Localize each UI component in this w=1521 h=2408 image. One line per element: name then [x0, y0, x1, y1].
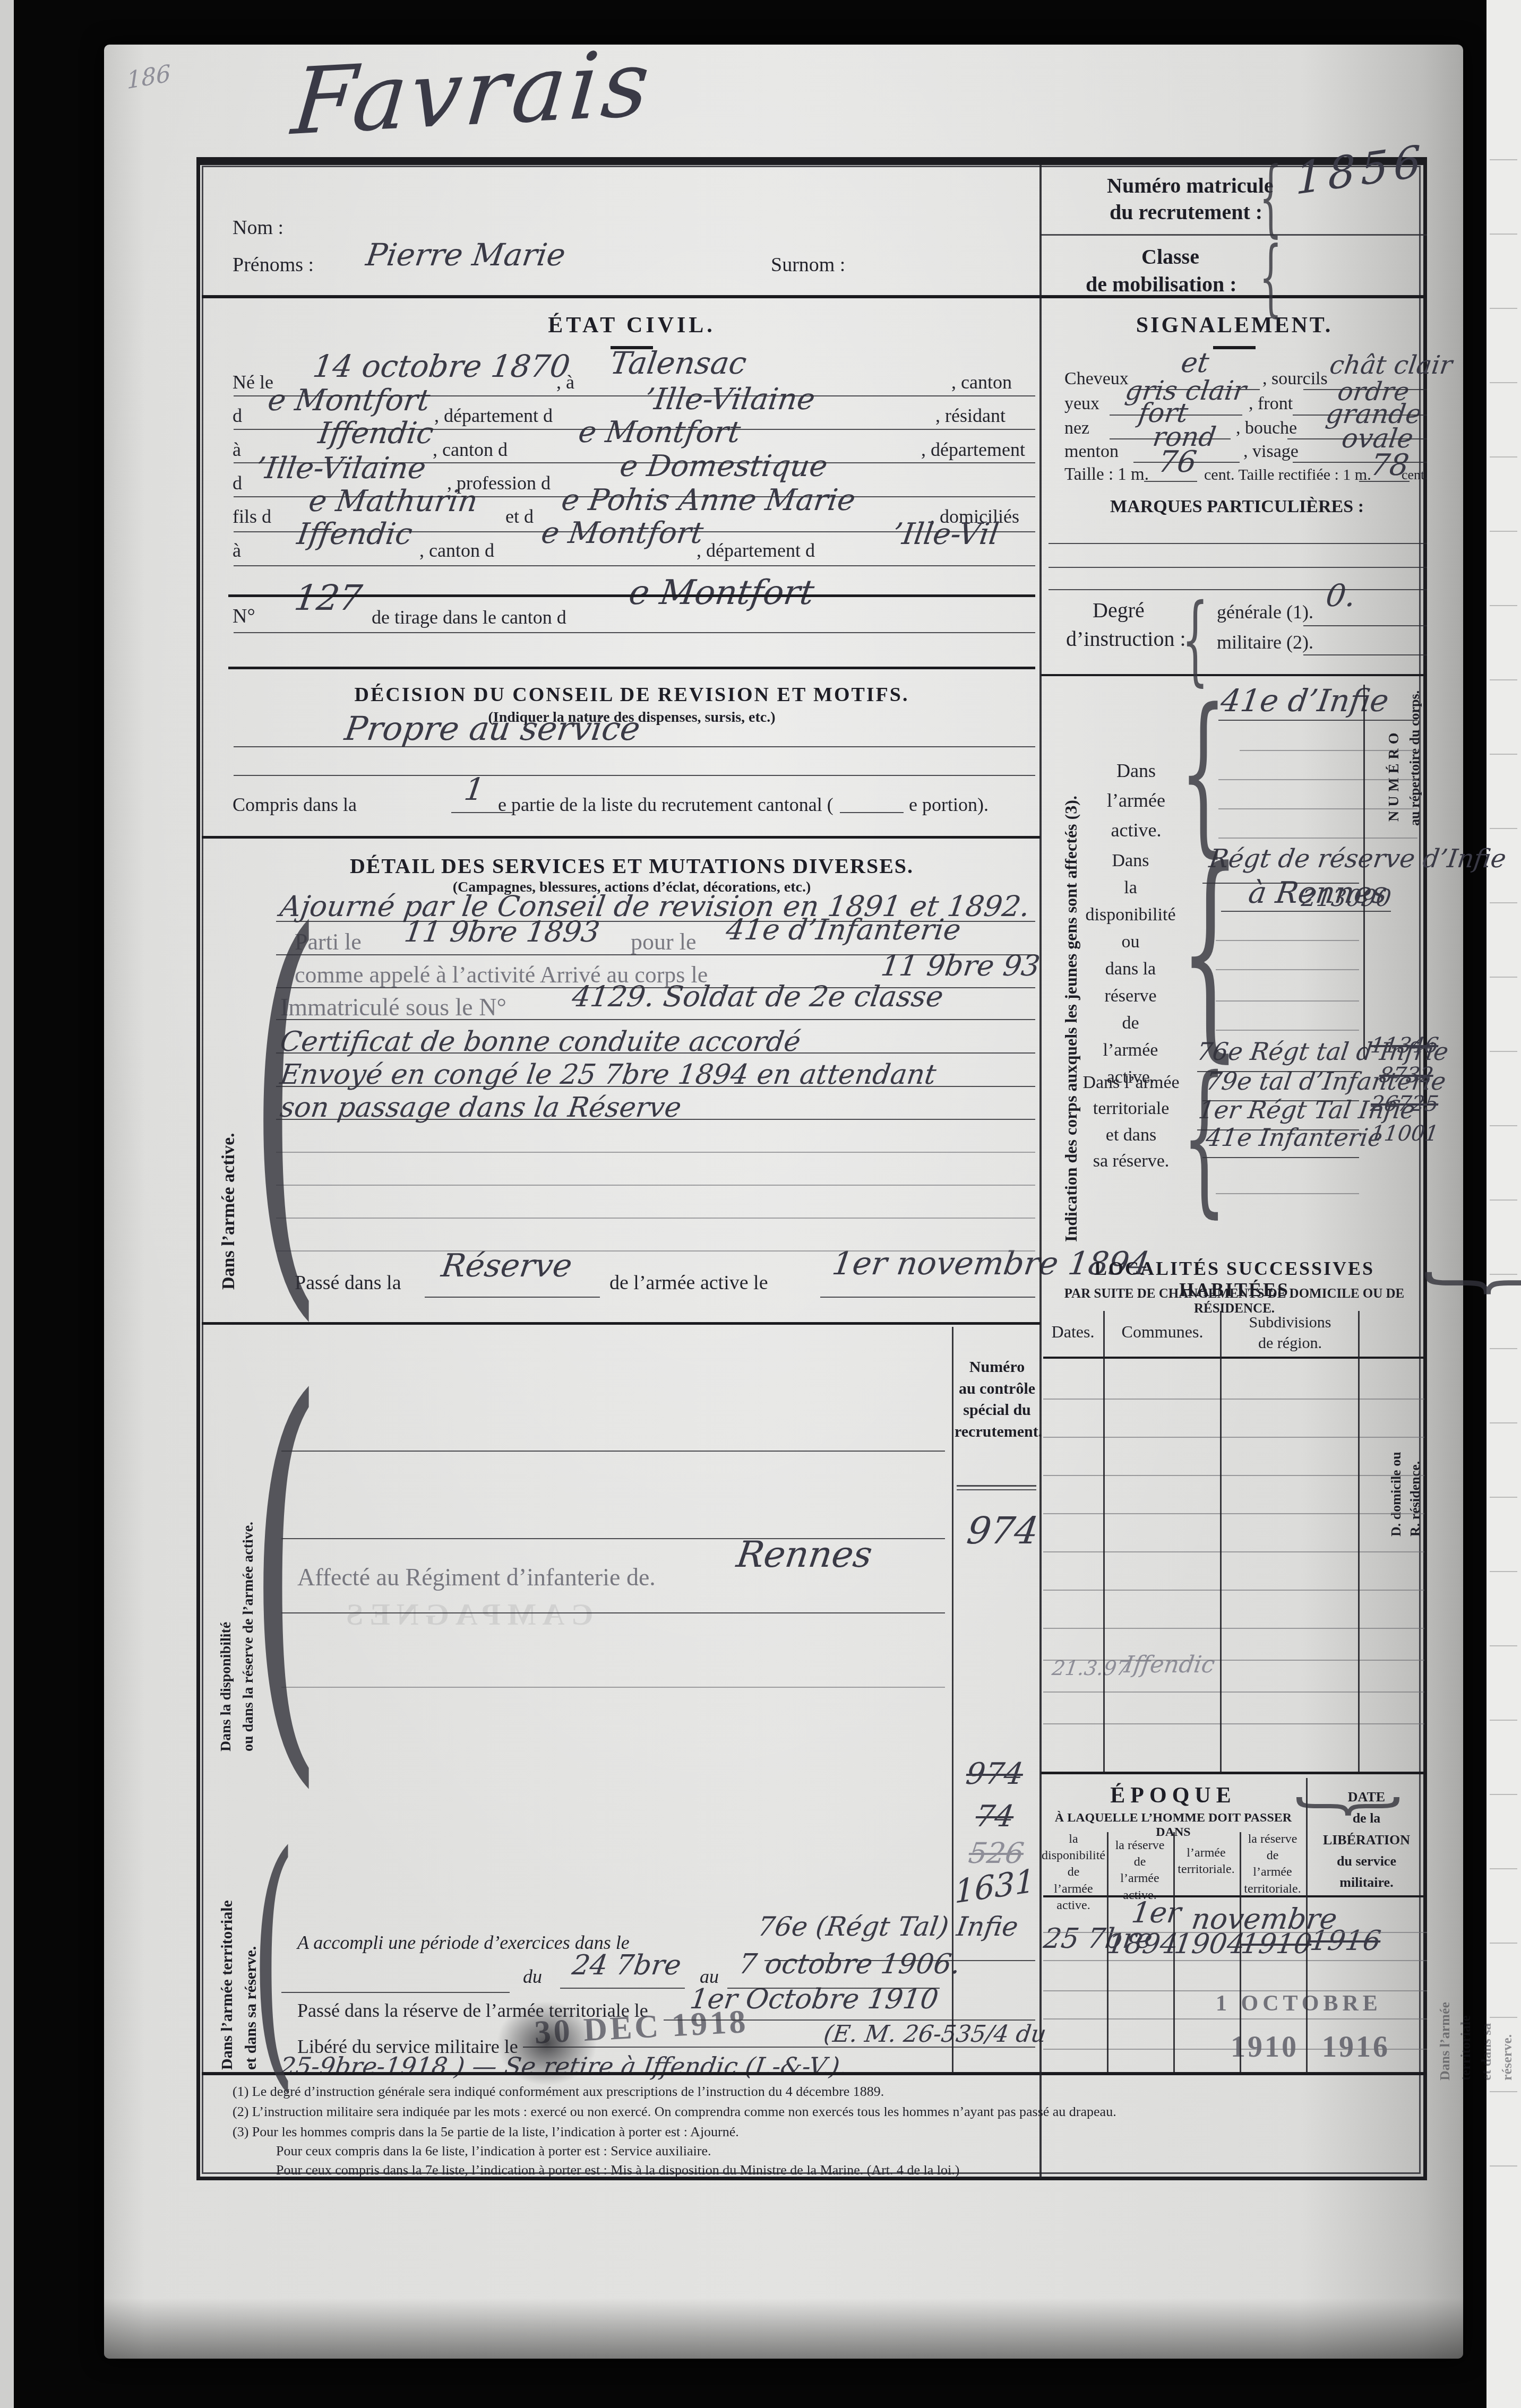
rule-line	[276, 1185, 1035, 1186]
services-margin-label: Dans l’armée active.	[219, 1133, 239, 1290]
territorial-section-l2-v1: 24 7bre	[570, 1950, 683, 1981]
signalement-marques-label: MARQUES PARTICULIÈRES :	[1049, 497, 1425, 517]
rule-line	[1218, 720, 1417, 721]
services-l2-d: 41e d’Infanterie	[724, 914, 963, 946]
etat-civil-tirage-label: de tirage dans le canton d	[372, 607, 566, 628]
rule-line	[1218, 808, 1417, 809]
paper-bottom-shadow	[104, 2298, 1463, 2359]
rule-line	[1043, 1399, 1424, 1400]
rule-line	[1293, 415, 1427, 416]
rule-line	[228, 667, 1035, 669]
rule-line	[1043, 1475, 1424, 1476]
rule-line	[1041, 1772, 1427, 1774]
territorial-section-l2-v2: 7 octobre 1906.	[737, 1949, 963, 1980]
header-prenoms-value: Pierre Marie	[364, 238, 568, 272]
etat-civil-l2-d: d	[233, 405, 242, 426]
etat-civil-l2-dep: ’Ille-Vilaine	[643, 383, 817, 417]
localites-col-subdiv: Subdivisions de région.	[1224, 1312, 1356, 1353]
etat-civil-l5-fils: fils d	[233, 506, 271, 527]
rule-line	[1287, 438, 1427, 439]
rule-line	[234, 531, 1035, 532]
rule-line	[234, 565, 1035, 566]
etat-civil-l4-d: d	[233, 472, 242, 494]
corps-dispo-num: 213090	[1300, 885, 1393, 911]
epoque-col1: la disponibilité de l’armée active.	[1042, 1831, 1105, 1914]
rule-line	[202, 1322, 1041, 1325]
rule-line	[1041, 674, 1427, 676]
brace-glyph: {	[1415, 1265, 1521, 1301]
rule-line	[1043, 1660, 1424, 1661]
rule-line	[1043, 1990, 1427, 1991]
etat-civil-a-label: , à	[556, 372, 574, 393]
header-matricule-label-1: Numéro matricule	[1107, 174, 1274, 198]
controle-header: Numéro au contrôle spécial du recrutemen…	[955, 1357, 1039, 1443]
rule-line	[1133, 462, 1240, 463]
etat-civil-tirage-no-label: N°	[233, 605, 255, 628]
corps-terr-3-num: 26725	[1369, 1092, 1440, 1116]
epoque-v3: 1904	[1172, 1929, 1247, 1960]
rule-line	[276, 921, 1035, 922]
epoque-v4: 1910	[1239, 1929, 1314, 1960]
adjacent-page-line	[1490, 1943, 1517, 1944]
document-ghost-text: CAMPAGNES	[340, 1598, 593, 1632]
adjacent-page-line	[1490, 1794, 1517, 1795]
territorial-section-l1-value: 76e (Régt Tal) Infie	[756, 1912, 1020, 1941]
rule-line	[820, 1297, 1035, 1298]
rule-line	[1110, 415, 1242, 416]
signalement-cheveux-label: Cheveux	[1064, 369, 1129, 389]
footnotes-f1: (1) Le degré d’instruction générale sera…	[233, 2084, 1411, 2099]
rule-line	[727, 1988, 940, 1989]
epoque-col3: l’armée territoriale.	[1174, 1845, 1238, 1878]
signalement-yeux-label: yeux	[1064, 394, 1099, 414]
etat-civil-lieu-naissance: Talensac	[608, 346, 749, 381]
services-passe-3: de l’armée active le	[609, 1272, 768, 1294]
brace-glyph: {	[1182, 1055, 1227, 1220]
decision-value: Propre au service	[342, 710, 642, 747]
rule-line	[1043, 1357, 1425, 1359]
adjacent-page-line	[1490, 382, 1517, 383]
corps-numero-label: NUMÉRO	[1386, 728, 1402, 822]
signalement-degre-1: Degré	[1093, 599, 1145, 623]
signalement-militaire-label: militaire (2).	[1217, 632, 1313, 653]
signalement-cheveux: et	[1179, 348, 1211, 378]
brace-glyph: {	[1180, 841, 1241, 1064]
rule-line	[1218, 779, 1417, 780]
etat-civil-title: ÉTAT CIVIL.	[228, 313, 1035, 338]
etat-civil-l6-canton-label: , canton d	[419, 540, 494, 561]
epoque-v2: 1894	[1105, 1929, 1180, 1960]
footnotes-f2: (2) L’instruction militaire sera indiqué…	[233, 2104, 1411, 2119]
footnotes-f4: Pour ceux compris dans la 6e liste, l’in…	[276, 2143, 1417, 2159]
services-title: DÉTAIL DES SERVICES ET MUTATIONS DIVERSE…	[228, 855, 1035, 878]
adjacent-page-line	[1490, 1199, 1517, 1201]
rule-line	[1043, 2049, 1427, 2050]
ink-smudge	[496, 2001, 597, 2086]
header-surnom-label: Surnom :	[771, 254, 845, 277]
rule-line	[1043, 1628, 1424, 1629]
rule-line	[523, 2047, 1035, 2048]
rule-line	[202, 295, 1427, 298]
corps-dispo-value: Régt de réserve d’Infie	[1207, 845, 1508, 874]
rule-line	[276, 1019, 1035, 1020]
adjacent-page-line	[1490, 159, 1517, 160]
signalement-sourcils: chât clair	[1328, 351, 1454, 380]
rule-line	[1218, 838, 1417, 839]
etat-civil-tirage-canton: e Montfort	[626, 574, 817, 612]
rule-line	[281, 1451, 945, 1452]
adjacent-page-line	[1490, 1645, 1517, 1646]
controle-n1: 974	[964, 1758, 1026, 1791]
rule-line	[1240, 1832, 1241, 2072]
rule-line	[957, 1489, 1036, 1490]
rule-line	[276, 1052, 1035, 1054]
rule-line	[1303, 654, 1427, 655]
document-signature: Favrais	[288, 32, 656, 154]
etat-civil-l6-commune: Iffendic	[295, 518, 415, 551]
rule-line	[1221, 911, 1391, 912]
epoque-col4: la réserve de l’armée territoriale.	[1241, 1831, 1304, 1897]
rule-line	[1043, 1437, 1424, 1438]
services-l2-c: pour le	[631, 929, 696, 955]
adjacent-page-line	[1490, 234, 1517, 235]
epoque-title: ÉPOQUE	[1041, 1783, 1306, 1808]
corps-terr-4: 41e Infanterie	[1204, 1124, 1384, 1152]
etat-civil-ne-le-value: 14 octobre 1870	[311, 349, 572, 384]
header-classe-label-2: de mobilisation :	[1086, 273, 1236, 297]
etat-civil-l2-residant: , résidant	[935, 405, 1006, 426]
adjacent-page-line	[1490, 902, 1517, 903]
rule-line	[1043, 1723, 1424, 1724]
signalement-bouche-label: , bouche	[1236, 418, 1297, 438]
rule-line	[1173, 1832, 1175, 2072]
etat-civil-l3-commune: Iffendic	[316, 417, 436, 451]
rule-line	[425, 1297, 600, 1298]
etat-civil-l6-dep: ’Ille-Vil	[891, 518, 1001, 551]
controle-n2: 74	[974, 1800, 1016, 1834]
adjacent-page-line	[1490, 308, 1517, 309]
scanned-register-page: 186FavraisNom :Prénoms :Pierre MarieSurn…	[0, 0, 1521, 2408]
rule-line	[234, 746, 1035, 747]
rule-line	[1359, 481, 1410, 482]
rule-line	[1293, 462, 1427, 463]
decision-title: DÉCISION DU CONSEIL DE REVISION ET MOTIF…	[228, 684, 1035, 706]
rule-line	[957, 1485, 1036, 1487]
footnotes-f3: (3) Pour les hommes compris dans la 5e p…	[233, 2124, 1411, 2139]
adjacent-page-line	[1490, 456, 1517, 458]
rule-line	[234, 632, 1035, 633]
rule-line	[1306, 1778, 1308, 2073]
rule-line	[1358, 1311, 1360, 1772]
rule-line	[1043, 1895, 1427, 1897]
corps-numero-label2: au répertoire du corps.	[1407, 691, 1422, 826]
etat-civil-ne-le: Né le	[233, 372, 273, 393]
rule-line	[276, 1152, 1035, 1153]
adjacent-page-line	[1490, 531, 1517, 532]
signalement-menton-label: menton	[1064, 442, 1119, 462]
signalement-generale-label: générale (1).	[1217, 601, 1313, 623]
rule-line	[952, 1327, 953, 2073]
etat-civil-l6-dep-label: , département d	[697, 540, 815, 561]
decision-compris-3: e portion).	[909, 794, 989, 815]
corps-terr-1-num: 11346	[1369, 1034, 1440, 1058]
corps-active-value: 41e d’Infie	[1218, 684, 1391, 718]
signalement-title: SIGNALEMENT.	[1043, 313, 1425, 338]
etat-civil-canton-label: , canton	[951, 372, 1012, 393]
rule-line	[281, 1612, 945, 1613]
signalement-generale: 0.	[1324, 579, 1357, 613]
brace-glyph: (	[251, 1820, 296, 2094]
rule-line	[1043, 1513, 1424, 1514]
adjacent-page-line	[1490, 605, 1517, 606]
rule-line	[1220, 1311, 1222, 1772]
rule-line	[281, 1992, 510, 1993]
dispo-section-affecte-value: Rennes	[734, 1535, 875, 1575]
signalement-cent-label: cent.	[1402, 467, 1428, 482]
corps-active-label: Dans l’armée active.	[1091, 756, 1181, 845]
rule-line	[234, 496, 1035, 497]
rule-line	[1240, 750, 1417, 751]
rule-line	[1049, 543, 1427, 544]
rule-line	[234, 462, 1035, 463]
corps-dispo-label: Dans la disponibilité ou dans la réserve…	[1079, 847, 1182, 1091]
rule-line	[228, 594, 1035, 597]
rule-line	[276, 987, 1035, 988]
etat-civil-l3-dep-label: , département	[921, 439, 1025, 460]
rule-line	[234, 429, 1035, 430]
brace-glyph: {	[1259, 156, 1282, 239]
adjacent-page-line	[1490, 1497, 1517, 1498]
adjacent-page-line	[1490, 679, 1517, 680]
rule-line	[276, 1119, 1035, 1120]
etat-civil-l6-a: à	[233, 540, 241, 561]
adjacent-page-line	[1490, 1125, 1517, 1126]
adjacent-page-line	[1490, 1348, 1517, 1349]
rule-line	[451, 812, 512, 813]
services-l4-b: 4129. Soldat de 2e classe	[570, 981, 946, 1013]
rule-line	[1039, 165, 1042, 2179]
controle-value: 974	[964, 1510, 1041, 1551]
rule-line	[281, 1538, 945, 1539]
signalement-nez-label: nez	[1064, 418, 1089, 438]
adjacent-page-line	[1490, 1051, 1517, 1052]
etat-civil-l4-dep: ’Ille-Vilaine	[254, 452, 428, 486]
rule-line	[202, 2072, 1427, 2075]
corps-terr-label: Dans l’armée territoriale et dans sa rés…	[1082, 1069, 1180, 1174]
adjacent-page-line	[1490, 1422, 1517, 1423]
decision-compris-2: e partie de la liste du recrutement cant…	[498, 794, 833, 815]
rule-line	[1043, 1551, 1424, 1552]
rule-line	[1043, 1932, 1427, 1933]
rule-line	[1303, 625, 1427, 626]
rule-line	[664, 2019, 1035, 2021]
adjacent-page-line	[1490, 828, 1517, 829]
localites-margin-label: D. domicile ou R. résidence.	[1387, 1452, 1425, 1537]
brace-glyph: {	[1287, 1791, 1399, 1822]
rule-line	[1213, 346, 1256, 349]
territorial-section-margin-right: Dans l’armée territoriale et dans sa rés…	[1434, 1994, 1517, 2081]
rule-line	[202, 836, 1041, 839]
rule-line	[234, 775, 1035, 776]
etat-civil-l3-canton-label: , canton d	[433, 439, 508, 460]
signalement-taille2-label: cent. Taille rectifiée : 1 m.	[1204, 466, 1371, 484]
rule-line	[276, 1218, 1035, 1219]
etat-civil-l2-dep-label: , département d	[434, 405, 553, 426]
rule-line	[764, 1960, 1035, 1961]
rule-line	[276, 1086, 1035, 1087]
adjacent-page-line	[1490, 1868, 1517, 1869]
rule-line	[1041, 234, 1427, 236]
epoque-v5: 1916	[1308, 1926, 1383, 1956]
header-prenoms-label: Prénoms :	[233, 254, 314, 277]
localites-entry-commune: Iffendic	[1123, 1652, 1217, 1678]
etat-civil-l5-et: et d	[505, 506, 534, 527]
etat-civil-l3-a: à	[233, 439, 241, 460]
etat-civil-l3-canton: e Montfort	[577, 416, 743, 450]
rule-line	[276, 1250, 1035, 1252]
etat-civil-l5-mere: e Pohis Anne Marie	[560, 484, 857, 517]
header-matricule-label-2: du recrutement :	[1110, 201, 1262, 225]
signalement-front-label: , front	[1249, 394, 1293, 414]
etat-civil-l6-canton: e Montfort	[539, 517, 706, 550]
rule-line	[840, 812, 904, 813]
signalement-sourcils-label: , sourcils	[1262, 369, 1328, 389]
rule-line	[1110, 438, 1231, 439]
adjacent-page-line	[1490, 2165, 1517, 2167]
signalement-degre-2: d’instruction :	[1066, 627, 1186, 651]
rule-line	[611, 346, 653, 349]
territorial-section-l4-value: (E. M. 26-535/4 du	[822, 2021, 1048, 2047]
adjacent-page-line	[1490, 754, 1517, 755]
signalement-visage-label: , visage	[1243, 442, 1299, 462]
rule-line	[1049, 567, 1427, 568]
rule-line	[276, 954, 1035, 955]
header-classe-label-1: Classe	[1141, 245, 1199, 269]
etat-civil-l5-pere: e Mathurin	[307, 485, 480, 519]
epoque-col2: la réserve de l’armée active.	[1108, 1837, 1172, 1904]
rule-line	[1144, 481, 1197, 482]
rule-line	[1043, 1590, 1424, 1591]
dispo-section-affecte-label: Affecté au Régiment d’infanterie de.	[297, 1564, 656, 1591]
rule-line	[1049, 589, 1427, 590]
etat-civil-tirage-no: 127	[292, 579, 364, 618]
rule-line	[1107, 1832, 1108, 2072]
rule-line	[234, 395, 1035, 396]
adjacent-page-line	[1490, 2091, 1517, 2092]
adjacent-page-line	[1490, 1571, 1517, 1572]
decision-compris-1: Compris dans la	[233, 794, 357, 815]
rule-line	[560, 1988, 685, 1989]
adjacent-page-line	[1490, 1720, 1517, 1721]
corps-terr-2-num: 8732	[1378, 1064, 1435, 1088]
etat-civil-l4-prof: e Domestique	[618, 450, 830, 484]
epoque-stamp-3: 1916	[1322, 2031, 1390, 2064]
adjacent-page-line	[1490, 977, 1517, 978]
localites-col-dates: Dates.	[1043, 1323, 1103, 1342]
brace-glyph: (	[248, 881, 322, 1321]
services-passe-2: Réserve	[439, 1248, 574, 1284]
rule-line	[1363, 685, 1365, 1059]
adjacent-page-edge-left	[0, 0, 14, 2408]
territorial-section-l2-du: du	[523, 1966, 542, 1987]
footnotes-f5: Pour ceux compris dans la 7e liste, l’in…	[276, 2162, 1417, 2178]
signalement-taille-label: Taille : 1 m.	[1064, 465, 1149, 485]
rule-line	[1303, 389, 1427, 390]
brace-glyph: (	[248, 1348, 322, 1788]
corps-margin-label: Indication des corps auxquels les jeunes…	[1062, 796, 1081, 1242]
rule-line	[1043, 1960, 1427, 1961]
rule-line	[1216, 1193, 1359, 1194]
rule-line	[1043, 2018, 1427, 2019]
brace-glyph: {	[1259, 236, 1282, 319]
localites-col-communes: Communes.	[1105, 1323, 1219, 1342]
rule-line	[1130, 389, 1260, 390]
header-nom-label: Nom :	[233, 217, 283, 239]
rule-line	[281, 1687, 945, 1688]
rule-line	[1043, 1691, 1424, 1693]
corps-terr-4-num: 11001	[1369, 1122, 1440, 1146]
etat-civil-l2-canton: e Montfort	[266, 384, 432, 418]
rule-line	[1103, 1311, 1105, 1772]
